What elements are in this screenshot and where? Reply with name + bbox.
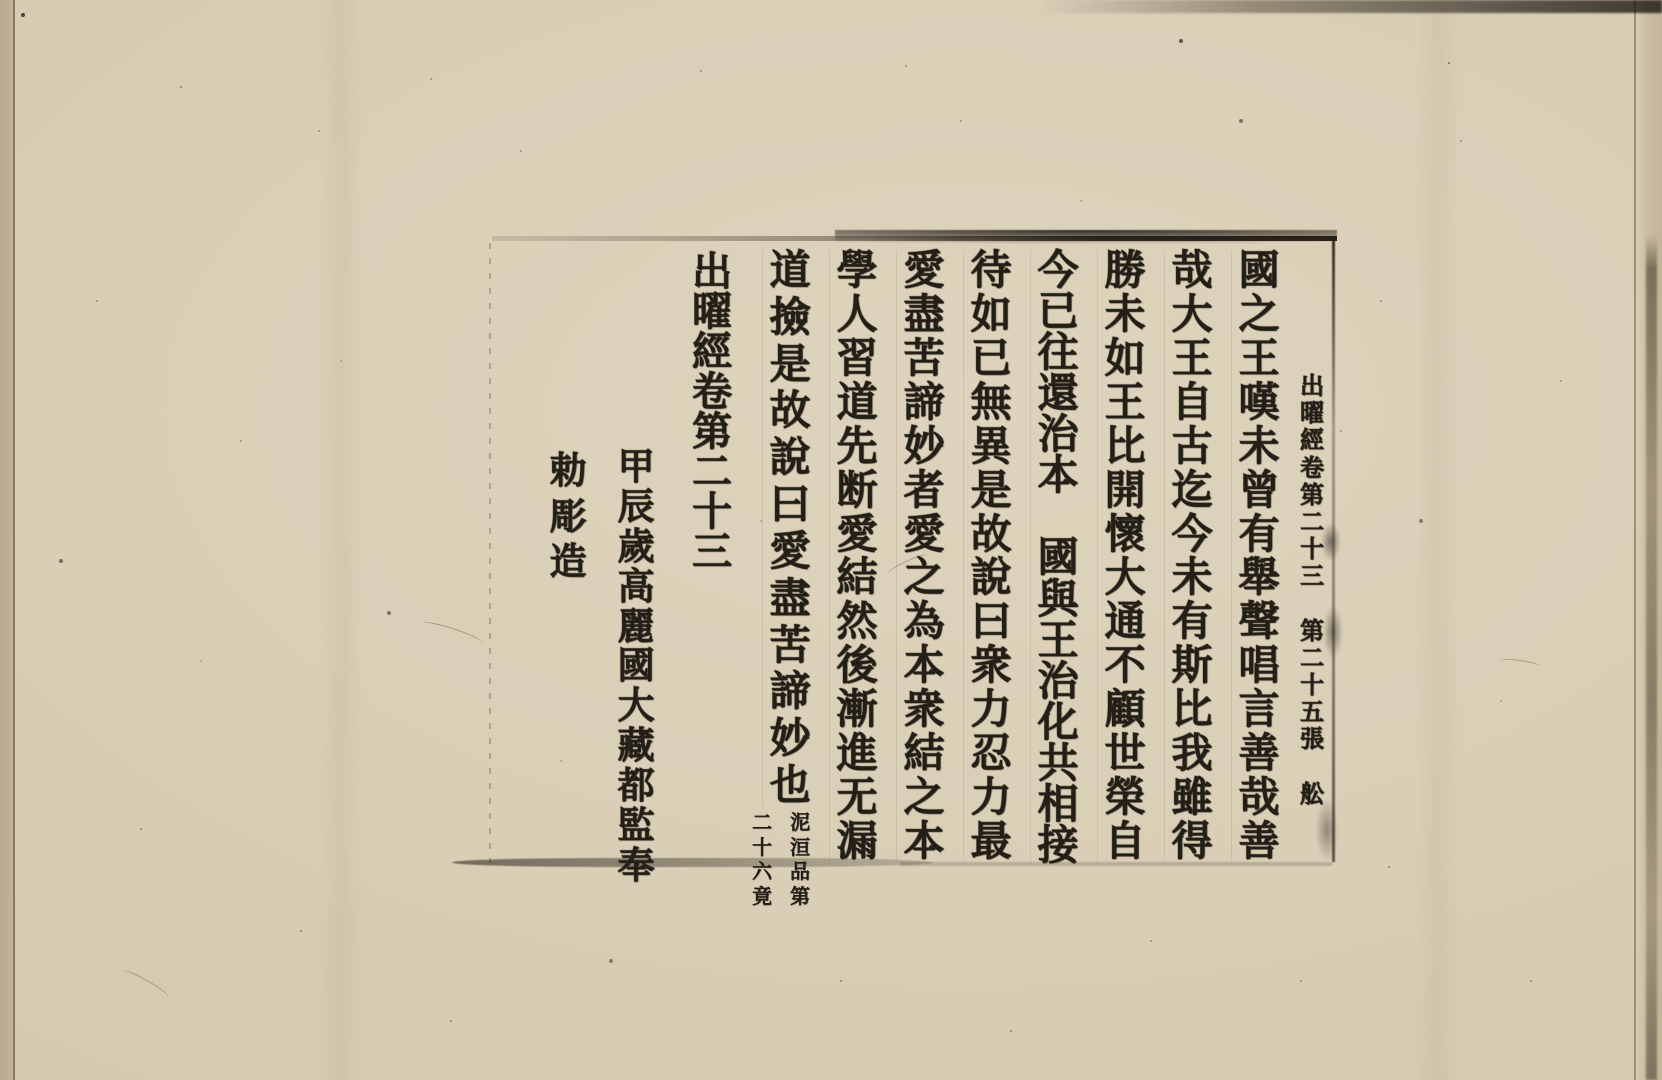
colophon-date-column: 甲辰歲高麗國大藏都監奉 [609,448,663,884]
glyph: 進 [837,733,878,774]
glyph: 先 [837,426,878,467]
glyph: 未 [1105,294,1146,335]
glyph: 是 [770,344,811,385]
glyph: 習 [837,338,878,379]
glyph: 竟 [752,886,772,906]
glyph: 哉 [1172,250,1213,291]
glyph: 還 [1038,373,1079,414]
glyph: 自 [1105,821,1146,862]
glyph: 唱 [1239,645,1280,686]
glyph: 曜 [692,292,732,332]
glyph: 雖 [1172,777,1213,818]
glyph: 歲 [618,528,655,565]
glyph: 力 [971,777,1012,818]
glyph: 諦 [904,382,945,423]
glyph: 盡 [770,578,811,619]
glyph: 妙 [770,718,811,759]
glyph: 二 [1300,646,1324,670]
glyph: 十 [1300,673,1324,697]
glyph: 高 [618,568,655,605]
glyph: 盡 [904,294,945,335]
main-text-column-8: 道撿是故說曰愛盡苦諦妙也 [762,250,817,806]
glyph: 化 [1038,702,1079,743]
glyph: 無 [971,382,1012,423]
glyph: 通 [1105,601,1146,642]
glyph: 勅 [550,452,587,489]
glyph: 顧 [1105,689,1146,730]
glyph: 也 [770,765,811,806]
glyph: 自 [1172,382,1213,423]
glyph: 漸 [837,689,878,730]
glyph: 十 [752,837,772,857]
glyph: 接 [1038,825,1079,866]
glyph: 治 [1038,414,1079,455]
glyph: 治 [1038,661,1079,702]
glyph: 共 [1038,743,1079,784]
glyph: 不 [1105,645,1146,686]
main-text-column-1: 國之王嘆未曾有舉聲唱言善哉善 [1231,250,1286,862]
printed-text-block: 出曜經卷第二十三 第二十五張 舩國之王嘆未曾有舉聲唱言善哉善哉大王自古迄今未有斯… [0,0,1662,1080]
glyph: 衆 [971,645,1012,686]
glyph: 第 [692,412,732,452]
note-left-half: 二十六竟 [752,812,772,906]
glyph: 洹 [790,837,810,857]
glyph: 忍 [971,733,1012,774]
glyph: 結 [904,733,945,774]
chapter-end-note: 泥洹品第二十六竟 [752,812,810,906]
glyph: 待 [971,250,1012,291]
glyph: 五 [1300,700,1324,724]
glyph: 愛 [770,531,811,572]
glyph: 得 [1172,821,1213,862]
glyph: 之 [904,777,945,818]
glyph: 大 [618,687,655,724]
main-text-column-6: 愛盡苦諦妙者愛之為本衆結之本 [896,250,951,862]
glyph: 如 [1105,338,1146,379]
glyph: 後 [837,645,878,686]
glyph: 說 [770,437,811,478]
glyph: 愛 [837,514,878,555]
glyph: 都 [618,767,655,804]
glyph: 斯 [1172,645,1213,686]
glyph: 愛 [904,514,945,555]
volume-sheet-case-marker-column: 出曜經卷第二十三 第二十五張 舩 [1288,374,1336,806]
end-title-column: 出曜經卷第二十三 [685,252,739,560]
glyph: 者 [904,470,945,511]
glyph: 言 [1239,689,1280,730]
glyph: 十 [1300,537,1324,561]
glyph: 國 [1239,250,1280,291]
glyph: 三 [1300,564,1324,588]
glyph: 曜 [1300,401,1324,425]
glyph: 麗 [618,608,655,645]
main-text-column-7: 學人習道先断愛結然後漸進无漏 [829,250,884,862]
glyph: 諦 [770,671,811,712]
glyph: 開 [1105,470,1146,511]
glyph: 二 [692,452,732,492]
glyph: 已 [1038,291,1079,332]
glyph: 比 [1105,426,1146,467]
glyph: 舩 [1300,782,1324,806]
glyph: 榮 [1105,777,1146,818]
glyph: 三 [692,532,732,572]
glyph: 說 [971,557,1012,598]
glyph: 藏 [618,727,655,764]
glyph: 苦 [770,625,811,666]
glyph: 无 [837,777,878,818]
glyph: 故 [770,390,811,431]
glyph: 本 [1038,455,1079,496]
glyph: 如 [971,294,1012,335]
glyph: 王 [1239,338,1280,379]
glyph: 奉 [618,847,655,884]
glyph: 泥 [790,812,810,832]
glyph: 彫 [550,498,587,535]
glyph: 學 [837,250,878,291]
glyph: 人 [837,294,878,335]
glyph: 品 [790,861,810,881]
glyph: 苦 [904,338,945,379]
glyph: 十 [692,492,732,532]
glyph: 王 [1172,338,1213,379]
glyph: 結 [837,557,878,598]
glyph: 出 [1300,374,1324,398]
glyph: 今 [1172,514,1213,555]
glyph: 比 [1172,689,1213,730]
glyph: 断 [837,470,878,511]
glyph: 經 [1300,428,1324,452]
glyph: 國 [1038,537,1079,578]
glyph: 卷 [692,372,732,412]
glyph: 監 [618,807,655,844]
glyph: 已 [971,338,1012,379]
note-right-half: 泥洹品第 [790,812,810,906]
glyph: 嘆 [1239,382,1280,423]
glyph: 今 [1038,250,1079,291]
glyph: 二 [752,812,772,832]
glyph: 辰 [618,488,655,525]
glyph: 漏 [837,821,878,862]
main-text-column-4: 今已往還治本 國與王治化共相接 [1030,250,1085,866]
glyph: 有 [1172,601,1213,642]
main-text-column-5: 待如已無異是故說曰衆力忍力最 [963,250,1018,862]
glyph: 聲 [1239,601,1280,642]
glyph: 力 [971,689,1012,730]
glyph: 王 [1038,620,1079,661]
glyph: 曰 [770,484,811,525]
glyph: 之 [1239,294,1280,335]
glyph: 二 [1300,510,1324,534]
glyph: 懷 [1105,514,1146,555]
glyph: 大 [1105,557,1146,598]
main-text-column-3: 勝未如王比開懷大通不顧世榮自 [1097,250,1152,862]
glyph: 之 [904,557,945,598]
glyph: 善 [1239,821,1280,862]
glyph: 國 [618,647,655,684]
glyph: 故 [971,514,1012,555]
glyph: 曾 [1239,470,1280,511]
glyph: 與 [1038,579,1079,620]
scanned-sutra-page: 出曜經卷第二十三 第二十五張 舩國之王嘆未曾有舉聲唱言善哉善哉大王自古迄今未有斯… [0,0,1662,1080]
glyph: 妙 [904,426,945,467]
glyph: 張 [1300,727,1324,751]
glyph: 本 [904,821,945,862]
glyph: 第 [1300,483,1324,507]
glyph: 造 [550,543,587,580]
glyph: 經 [692,332,732,372]
glyph: 王 [1105,382,1146,423]
glyph: 六 [752,861,772,881]
colophon-edict-column: 勅彫造 [541,452,595,580]
glyph: 世 [1105,733,1146,774]
glyph: 古 [1172,426,1213,467]
glyph: 迄 [1172,470,1213,511]
glyph: 舉 [1239,557,1280,598]
glyph: 衆 [904,689,945,730]
glyph: 有 [1239,514,1280,555]
glyph: 相 [1038,784,1079,825]
glyph: 往 [1038,332,1079,373]
glyph: 道 [837,382,878,423]
glyph: 出 [692,252,732,292]
glyph: 最 [971,821,1012,862]
glyph: 我 [1172,733,1213,774]
glyph: 甲 [618,448,655,485]
glyph: 哉 [1239,777,1280,818]
glyph: 未 [1239,426,1280,467]
glyph: 為 [904,601,945,642]
glyph: 未 [1172,557,1213,598]
glyph: 曰 [971,601,1012,642]
glyph: 第 [1300,619,1324,643]
glyph: 異 [971,426,1012,467]
glyph: 本 [904,645,945,686]
glyph: 善 [1239,733,1280,774]
glyph: 大 [1172,294,1213,335]
glyph: 道 [770,250,811,291]
glyph: 撿 [770,297,811,338]
main-text-column-2: 哉大王自古迄今未有斯比我雖得 [1164,250,1219,862]
glyph: 是 [971,470,1012,511]
glyph: 卷 [1300,456,1324,480]
glyph: 愛 [904,250,945,291]
glyph: 勝 [1105,250,1146,291]
glyph: 第 [790,886,810,906]
glyph: 然 [837,601,878,642]
